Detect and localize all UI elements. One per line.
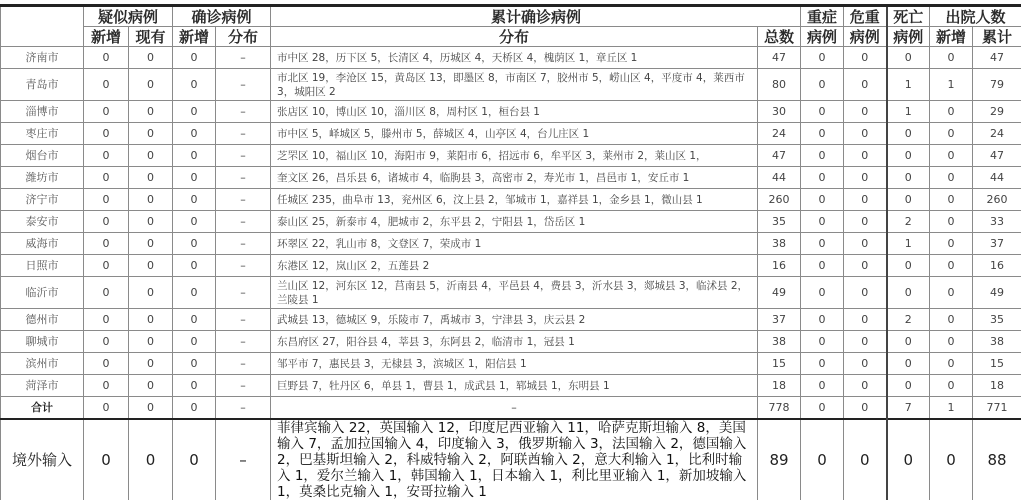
cumulative-total: 38 <box>758 233 801 255</box>
critical-cases: 0 <box>844 419 887 500</box>
death-cases: 1 <box>887 69 930 101</box>
table-row: 淄博市000–张店区 10，博山区 10，淄川区 8，周村区 1，桓台县 130… <box>1 101 1021 123</box>
confirmed-new: 0 <box>173 309 216 331</box>
suspected-new: 0 <box>84 419 129 500</box>
discharged-new: 0 <box>930 189 973 211</box>
discharged-total: 79 <box>973 69 1021 101</box>
cumulative-total: 47 <box>758 47 801 69</box>
discharged-new: 0 <box>930 167 973 189</box>
cumulative-distribution: 市北区 19，李沧区 15，黄岛区 13，即墨区 8，市南区 7，胶州市 5，崂… <box>271 69 758 101</box>
discharged-total: 33 <box>973 211 1021 233</box>
critical-cases: 0 <box>844 189 887 211</box>
suspected-existing: 0 <box>129 255 173 277</box>
suspected-existing: 0 <box>129 397 173 420</box>
suspected-existing: 0 <box>129 101 173 123</box>
region-name: 青岛市 <box>1 69 84 101</box>
confirmed-distribution: – <box>216 375 271 397</box>
severe-cases: 0 <box>801 47 844 69</box>
confirmed-distribution: – <box>216 353 271 375</box>
region-name: 济南市 <box>1 47 84 69</box>
suspected-existing: 0 <box>129 233 173 255</box>
critical-cases: 0 <box>844 145 887 167</box>
region-name: 泰安市 <box>1 211 84 233</box>
suspected-existing: 0 <box>129 47 173 69</box>
severe-cases: 0 <box>801 233 844 255</box>
confirmed-new: 0 <box>173 277 216 309</box>
discharged-new: 0 <box>930 47 973 69</box>
header-dis-new: 新增 <box>930 27 973 47</box>
region-name: 合计 <box>1 397 84 420</box>
discharged-total: 47 <box>973 145 1021 167</box>
confirmed-distribution: – <box>216 277 271 309</box>
critical-cases: 0 <box>844 255 887 277</box>
confirmed-new: 0 <box>173 47 216 69</box>
region-name: 德州市 <box>1 309 84 331</box>
critical-cases: 0 <box>844 309 887 331</box>
table-row: 潍坊市000–奎文区 26，昌乐县 6，诸城市 4，临朐县 3，高密市 2，寿光… <box>1 167 1021 189</box>
region-name: 威海市 <box>1 233 84 255</box>
confirmed-new: 0 <box>173 353 216 375</box>
critical-cases: 0 <box>844 353 887 375</box>
cumulative-total: 15 <box>758 353 801 375</box>
confirmed-distribution: – <box>216 123 271 145</box>
cumulative-total: 89 <box>758 419 801 500</box>
confirmed-distribution: – <box>216 331 271 353</box>
suspected-existing: 0 <box>129 167 173 189</box>
import-row: 境外输入000–菲律宾输入 22，英国输入 12，印度尼西亚输入 11，哈萨克斯… <box>1 419 1021 500</box>
suspected-existing: 0 <box>129 211 173 233</box>
table-row: 聊城市000–东昌府区 27，阳谷县 4，莘县 3，东阿县 2，临清市 1，冠县… <box>1 331 1021 353</box>
header-susp-new: 新增 <box>84 27 129 47</box>
table-row: 德州市000–武城县 13，德城区 9，乐陵市 7，禹城市 3，宁津县 3，庆云… <box>1 309 1021 331</box>
cumulative-distribution: 巨野县 7，牡丹区 6，单县 1，曹县 1，成武县 1，郓城县 1，东明县 1 <box>271 375 758 397</box>
header-conf-dist: 分布 <box>216 27 271 47</box>
confirmed-new: 0 <box>173 211 216 233</box>
discharged-new: 0 <box>930 211 973 233</box>
death-cases: 7 <box>887 397 930 420</box>
severe-cases: 0 <box>801 375 844 397</box>
cumulative-total: 778 <box>758 397 801 420</box>
discharged-new: 0 <box>930 353 973 375</box>
critical-cases: 0 <box>844 167 887 189</box>
suspected-existing: 0 <box>129 331 173 353</box>
suspected-existing: 0 <box>129 123 173 145</box>
death-cases: 0 <box>887 353 930 375</box>
critical-cases: 0 <box>844 277 887 309</box>
severe-cases: 0 <box>801 189 844 211</box>
critical-cases: 0 <box>844 101 887 123</box>
suspected-new: 0 <box>84 189 129 211</box>
cumulative-distribution: 芝罘区 10，福山区 10，海阳市 9，莱阳市 6，招远市 6，牟平区 3，莱州… <box>271 145 758 167</box>
suspected-existing: 0 <box>129 69 173 101</box>
death-cases: 0 <box>887 419 930 500</box>
discharged-new: 0 <box>930 101 973 123</box>
cumulative-total: 38 <box>758 331 801 353</box>
death-cases: 0 <box>887 331 930 353</box>
severe-cases: 0 <box>801 123 844 145</box>
death-cases: 0 <box>887 167 930 189</box>
death-cases: 0 <box>887 47 930 69</box>
confirmed-distribution: – <box>216 145 271 167</box>
confirmed-distribution: – <box>216 211 271 233</box>
covid-case-table: 疑似病例 确诊病例 累计确诊病例 重症 危重 死亡 出院人数 新增 现有 新增 … <box>0 4 1021 500</box>
region-name: 济宁市 <box>1 189 84 211</box>
cumulative-distribution: 张店区 10，博山区 10，淄川区 8，周村区 1，桓台县 1 <box>271 101 758 123</box>
suspected-existing: 0 <box>129 353 173 375</box>
header-critical-sub: 病例 <box>844 27 887 47</box>
death-cases: 0 <box>887 145 930 167</box>
region-name: 淄博市 <box>1 101 84 123</box>
region-name: 聊城市 <box>1 331 84 353</box>
cumulative-distribution: 市中区 28，历下区 5，长清区 4，历城区 4，天桥区 4，槐荫区 1，章丘区… <box>271 47 758 69</box>
death-cases: 2 <box>887 309 930 331</box>
critical-cases: 0 <box>844 211 887 233</box>
header-severe-sub: 病例 <box>801 27 844 47</box>
suspected-new: 0 <box>84 47 129 69</box>
discharged-total: 38 <box>973 331 1021 353</box>
death-cases: 0 <box>887 255 930 277</box>
suspected-existing: 0 <box>129 419 173 500</box>
critical-cases: 0 <box>844 123 887 145</box>
header-severe: 重症 <box>801 6 844 27</box>
confirmed-distribution: – <box>216 397 271 420</box>
confirmed-distribution: – <box>216 167 271 189</box>
cumulative-distribution: 市中区 5，峄城区 5，滕州市 5，薛城区 4，山亭区 4，台儿庄区 1 <box>271 123 758 145</box>
cumulative-distribution: 东港区 12，岚山区 2，五莲县 2 <box>271 255 758 277</box>
severe-cases: 0 <box>801 167 844 189</box>
confirmed-distribution: – <box>216 69 271 101</box>
header-cum-total: 总数 <box>758 27 801 47</box>
header-critical: 危重 <box>844 6 887 27</box>
cumulative-distribution: 奎文区 26，昌乐县 6，诸城市 4，临朐县 3，高密市 2，寿光市 1，昌邑市… <box>271 167 758 189</box>
critical-cases: 0 <box>844 375 887 397</box>
cumulative-distribution: 任城区 235，曲阜市 13，兖州区 6，汶上县 2，邹城市 1，嘉祥县 1，金… <box>271 189 758 211</box>
confirmed-distribution: – <box>216 419 271 500</box>
confirmed-new: 0 <box>173 145 216 167</box>
suspected-new: 0 <box>84 397 129 420</box>
death-cases: 1 <box>887 101 930 123</box>
header-row-1: 疑似病例 确诊病例 累计确诊病例 重症 危重 死亡 出院人数 <box>1 6 1021 27</box>
critical-cases: 0 <box>844 397 887 420</box>
severe-cases: 0 <box>801 145 844 167</box>
cumulative-total: 49 <box>758 277 801 309</box>
cumulative-total: 37 <box>758 309 801 331</box>
header-discharged: 出院人数 <box>930 6 1021 27</box>
death-cases: 2 <box>887 211 930 233</box>
cumulative-distribution: 兰山区 12，河东区 12，莒南县 5，沂南县 4，平邑县 4，费县 3，沂水县… <box>271 277 758 309</box>
region-name: 潍坊市 <box>1 167 84 189</box>
suspected-new: 0 <box>84 167 129 189</box>
discharged-total: 16 <box>973 255 1021 277</box>
critical-cases: 0 <box>844 47 887 69</box>
suspected-new: 0 <box>84 309 129 331</box>
suspected-existing: 0 <box>129 145 173 167</box>
header-confirmed: 确诊病例 <box>173 6 271 27</box>
header-death: 死亡 <box>887 6 930 27</box>
discharged-new: 0 <box>930 145 973 167</box>
death-cases: 0 <box>887 123 930 145</box>
discharged-total: 29 <box>973 101 1021 123</box>
cumulative-distribution: 东昌府区 27，阳谷县 4，莘县 3，东阿县 2，临清市 1，冠县 1 <box>271 331 758 353</box>
region-name: 境外输入 <box>1 419 84 500</box>
suspected-existing: 0 <box>129 309 173 331</box>
table-row: 济南市000–市中区 28，历下区 5，长清区 4，历城区 4，天桥区 4，槐荫… <box>1 47 1021 69</box>
header-dis-total: 累计 <box>973 27 1021 47</box>
table-row: 临沂市000–兰山区 12，河东区 12，莒南县 5，沂南县 4，平邑县 4，费… <box>1 277 1021 309</box>
death-cases: 1 <box>887 233 930 255</box>
severe-cases: 0 <box>801 353 844 375</box>
suspected-new: 0 <box>84 255 129 277</box>
cumulative-distribution: 武城县 13，德城区 9，乐陵市 7，禹城市 3，宁津县 3，庆云县 2 <box>271 309 758 331</box>
discharged-new: 0 <box>930 331 973 353</box>
confirmed-new: 0 <box>173 189 216 211</box>
discharged-total: 15 <box>973 353 1021 375</box>
suspected-new: 0 <box>84 331 129 353</box>
region-name: 烟台市 <box>1 145 84 167</box>
severe-cases: 0 <box>801 309 844 331</box>
suspected-new: 0 <box>84 277 129 309</box>
severe-cases: 0 <box>801 277 844 309</box>
cumulative-total: 47 <box>758 145 801 167</box>
header-cumulative: 累计确诊病例 <box>271 6 801 27</box>
header-susp-existing: 现有 <box>129 27 173 47</box>
discharged-new: 0 <box>930 233 973 255</box>
suspected-existing: 0 <box>129 375 173 397</box>
table-row: 威海市000–环翠区 22，乳山市 8，文登区 7，荣成市 138001037 <box>1 233 1021 255</box>
discharged-new: 0 <box>930 255 973 277</box>
confirmed-new: 0 <box>173 167 216 189</box>
death-cases: 0 <box>887 375 930 397</box>
header-cum-dist: 分布 <box>271 27 758 47</box>
severe-cases: 0 <box>801 211 844 233</box>
critical-cases: 0 <box>844 233 887 255</box>
severe-cases: 0 <box>801 69 844 101</box>
cumulative-total: 80 <box>758 69 801 101</box>
discharged-new: 0 <box>930 419 973 500</box>
discharged-total: 24 <box>973 123 1021 145</box>
confirmed-new: 0 <box>173 233 216 255</box>
discharged-new: 0 <box>930 309 973 331</box>
suspected-new: 0 <box>84 145 129 167</box>
header-conf-new: 新增 <box>173 27 216 47</box>
suspected-new: 0 <box>84 69 129 101</box>
region-name: 临沂市 <box>1 277 84 309</box>
total-row: 合计000––7780071771 <box>1 397 1021 420</box>
severe-cases: 0 <box>801 419 844 500</box>
header-suspected: 疑似病例 <box>84 6 173 27</box>
confirmed-distribution: – <box>216 189 271 211</box>
confirmed-distribution: – <box>216 233 271 255</box>
cumulative-distribution: 菲律宾输入 22，英国输入 12，印度尼西亚输入 11，哈萨克斯坦输入 8，美国… <box>271 419 758 500</box>
suspected-new: 0 <box>84 211 129 233</box>
region-name: 菏泽市 <box>1 375 84 397</box>
severe-cases: 0 <box>801 331 844 353</box>
discharged-new: 1 <box>930 69 973 101</box>
suspected-new: 0 <box>84 101 129 123</box>
confirmed-distribution: – <box>216 47 271 69</box>
region-name: 滨州市 <box>1 353 84 375</box>
table-row: 泰安市000–泰山区 25，新泰市 4，肥城市 2，东平县 2，宁阳县 1，岱岳… <box>1 211 1021 233</box>
discharged-total: 47 <box>973 47 1021 69</box>
header-region <box>1 6 84 47</box>
confirmed-new: 0 <box>173 397 216 420</box>
severe-cases: 0 <box>801 101 844 123</box>
confirmed-new: 0 <box>173 375 216 397</box>
cumulative-total: 35 <box>758 211 801 233</box>
table-row: 济宁市000–任城区 235，曲阜市 13，兖州区 6，汶上县 2，邹城市 1，… <box>1 189 1021 211</box>
table-row: 枣庄市000–市中区 5，峄城区 5，滕州市 5，薛城区 4，山亭区 4，台儿庄… <box>1 123 1021 145</box>
confirmed-distribution: – <box>216 255 271 277</box>
confirmed-distribution: – <box>216 309 271 331</box>
critical-cases: 0 <box>844 331 887 353</box>
cumulative-distribution: 泰山区 25，新泰市 4，肥城市 2，东平县 2，宁阳县 1，岱岳区 1 <box>271 211 758 233</box>
confirmed-new: 0 <box>173 69 216 101</box>
confirmed-new: 0 <box>173 419 216 500</box>
severe-cases: 0 <box>801 397 844 420</box>
discharged-total: 18 <box>973 375 1021 397</box>
discharged-total: 260 <box>973 189 1021 211</box>
region-name: 日照市 <box>1 255 84 277</box>
discharged-new: 1 <box>930 397 973 420</box>
cumulative-total: 18 <box>758 375 801 397</box>
cumulative-total: 260 <box>758 189 801 211</box>
discharged-total: 49 <box>973 277 1021 309</box>
cumulative-distribution: 环翠区 22，乳山市 8，文登区 7，荣成市 1 <box>271 233 758 255</box>
confirmed-new: 0 <box>173 123 216 145</box>
table-row: 青岛市000–市北区 19，李沧区 15，黄岛区 13，即墨区 8，市南区 7，… <box>1 69 1021 101</box>
table-row: 烟台市000–芝罘区 10，福山区 10，海阳市 9，莱阳市 6，招远市 6，牟… <box>1 145 1021 167</box>
header-row-2: 新增 现有 新增 分布 分布 总数 病例 病例 病例 新增 累计 <box>1 27 1021 47</box>
header-death-sub: 病例 <box>887 27 930 47</box>
death-cases: 0 <box>887 277 930 309</box>
cumulative-total: 30 <box>758 101 801 123</box>
confirmed-new: 0 <box>173 101 216 123</box>
suspected-new: 0 <box>84 233 129 255</box>
discharged-total: 88 <box>973 419 1021 500</box>
discharged-new: 0 <box>930 375 973 397</box>
discharged-total: 35 <box>973 309 1021 331</box>
suspected-existing: 0 <box>129 189 173 211</box>
suspected-new: 0 <box>84 353 129 375</box>
confirmed-new: 0 <box>173 331 216 353</box>
discharged-new: 0 <box>930 277 973 309</box>
discharged-total: 37 <box>973 233 1021 255</box>
discharged-total: 44 <box>973 167 1021 189</box>
death-cases: 0 <box>887 189 930 211</box>
critical-cases: 0 <box>844 69 887 101</box>
cumulative-distribution: – <box>271 397 758 420</box>
cumulative-total: 44 <box>758 167 801 189</box>
table-body: 济南市000–市中区 28，历下区 5，长清区 4，历城区 4，天桥区 4，槐荫… <box>1 47 1021 500</box>
table-row: 滨州市000–邹平市 7，惠民县 3，无棣县 3，滨城区 1，阳信县 11500… <box>1 353 1021 375</box>
table-row: 日照市000–东港区 12，岚山区 2，五莲县 216000016 <box>1 255 1021 277</box>
cumulative-distribution: 邹平市 7，惠民县 3，无棣县 3，滨城区 1，阳信县 1 <box>271 353 758 375</box>
severe-cases: 0 <box>801 255 844 277</box>
confirmed-new: 0 <box>173 255 216 277</box>
cumulative-total: 24 <box>758 123 801 145</box>
discharged-new: 0 <box>930 123 973 145</box>
table-row: 菏泽市000–巨野县 7，牡丹区 6，单县 1，曹县 1，成武县 1，郓城县 1… <box>1 375 1021 397</box>
region-name: 枣庄市 <box>1 123 84 145</box>
suspected-new: 0 <box>84 123 129 145</box>
confirmed-distribution: – <box>216 101 271 123</box>
suspected-new: 0 <box>84 375 129 397</box>
discharged-total: 771 <box>973 397 1021 420</box>
cumulative-total: 16 <box>758 255 801 277</box>
suspected-existing: 0 <box>129 277 173 309</box>
